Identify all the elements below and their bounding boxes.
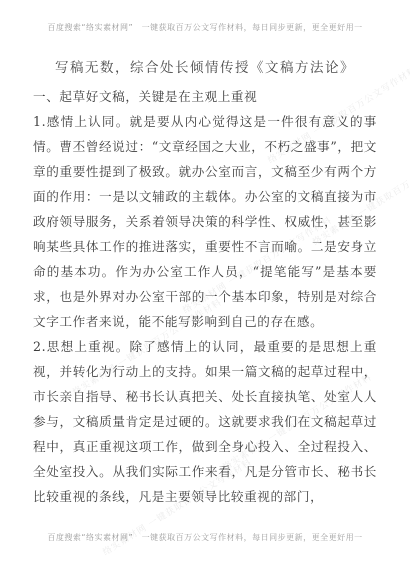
document-body: 一、起草好文稿，关键是在主观上重视 1.感情上认同。就是要从内心觉得这是一件很有… (33, 84, 377, 509)
paragraph-2: 2.思想上重视。除了感情上的认同，最重要的是思想上重视，并转化为行动上的支持。如… (33, 334, 377, 509)
document-page: 百度搜索“络实素材网” 一键获取百万公文写作材料，每日同步更新，更全更好用一 写… (0, 0, 410, 580)
promo-banner-bottom: 百度搜索“络实素材网” 一键获取百万公文写作材料，每日同步更新，更全更好用一 (0, 532, 410, 543)
paragraph-1: 1.感情上认同。就是要从内心觉得这是一件很有意义的事情。曹丕曾经说过：“文章经国… (33, 109, 377, 334)
section-heading: 一、起草好文稿，关键是在主观上重视 (33, 84, 377, 109)
promo-banner-top: 百度搜索“络实素材网” 一键获取百万公文写作材料，每日同步更新，更全更好用一 (0, 22, 410, 33)
document-title: 写稿无数，综合处长倾情传授《文稿方法论》 (0, 56, 410, 76)
